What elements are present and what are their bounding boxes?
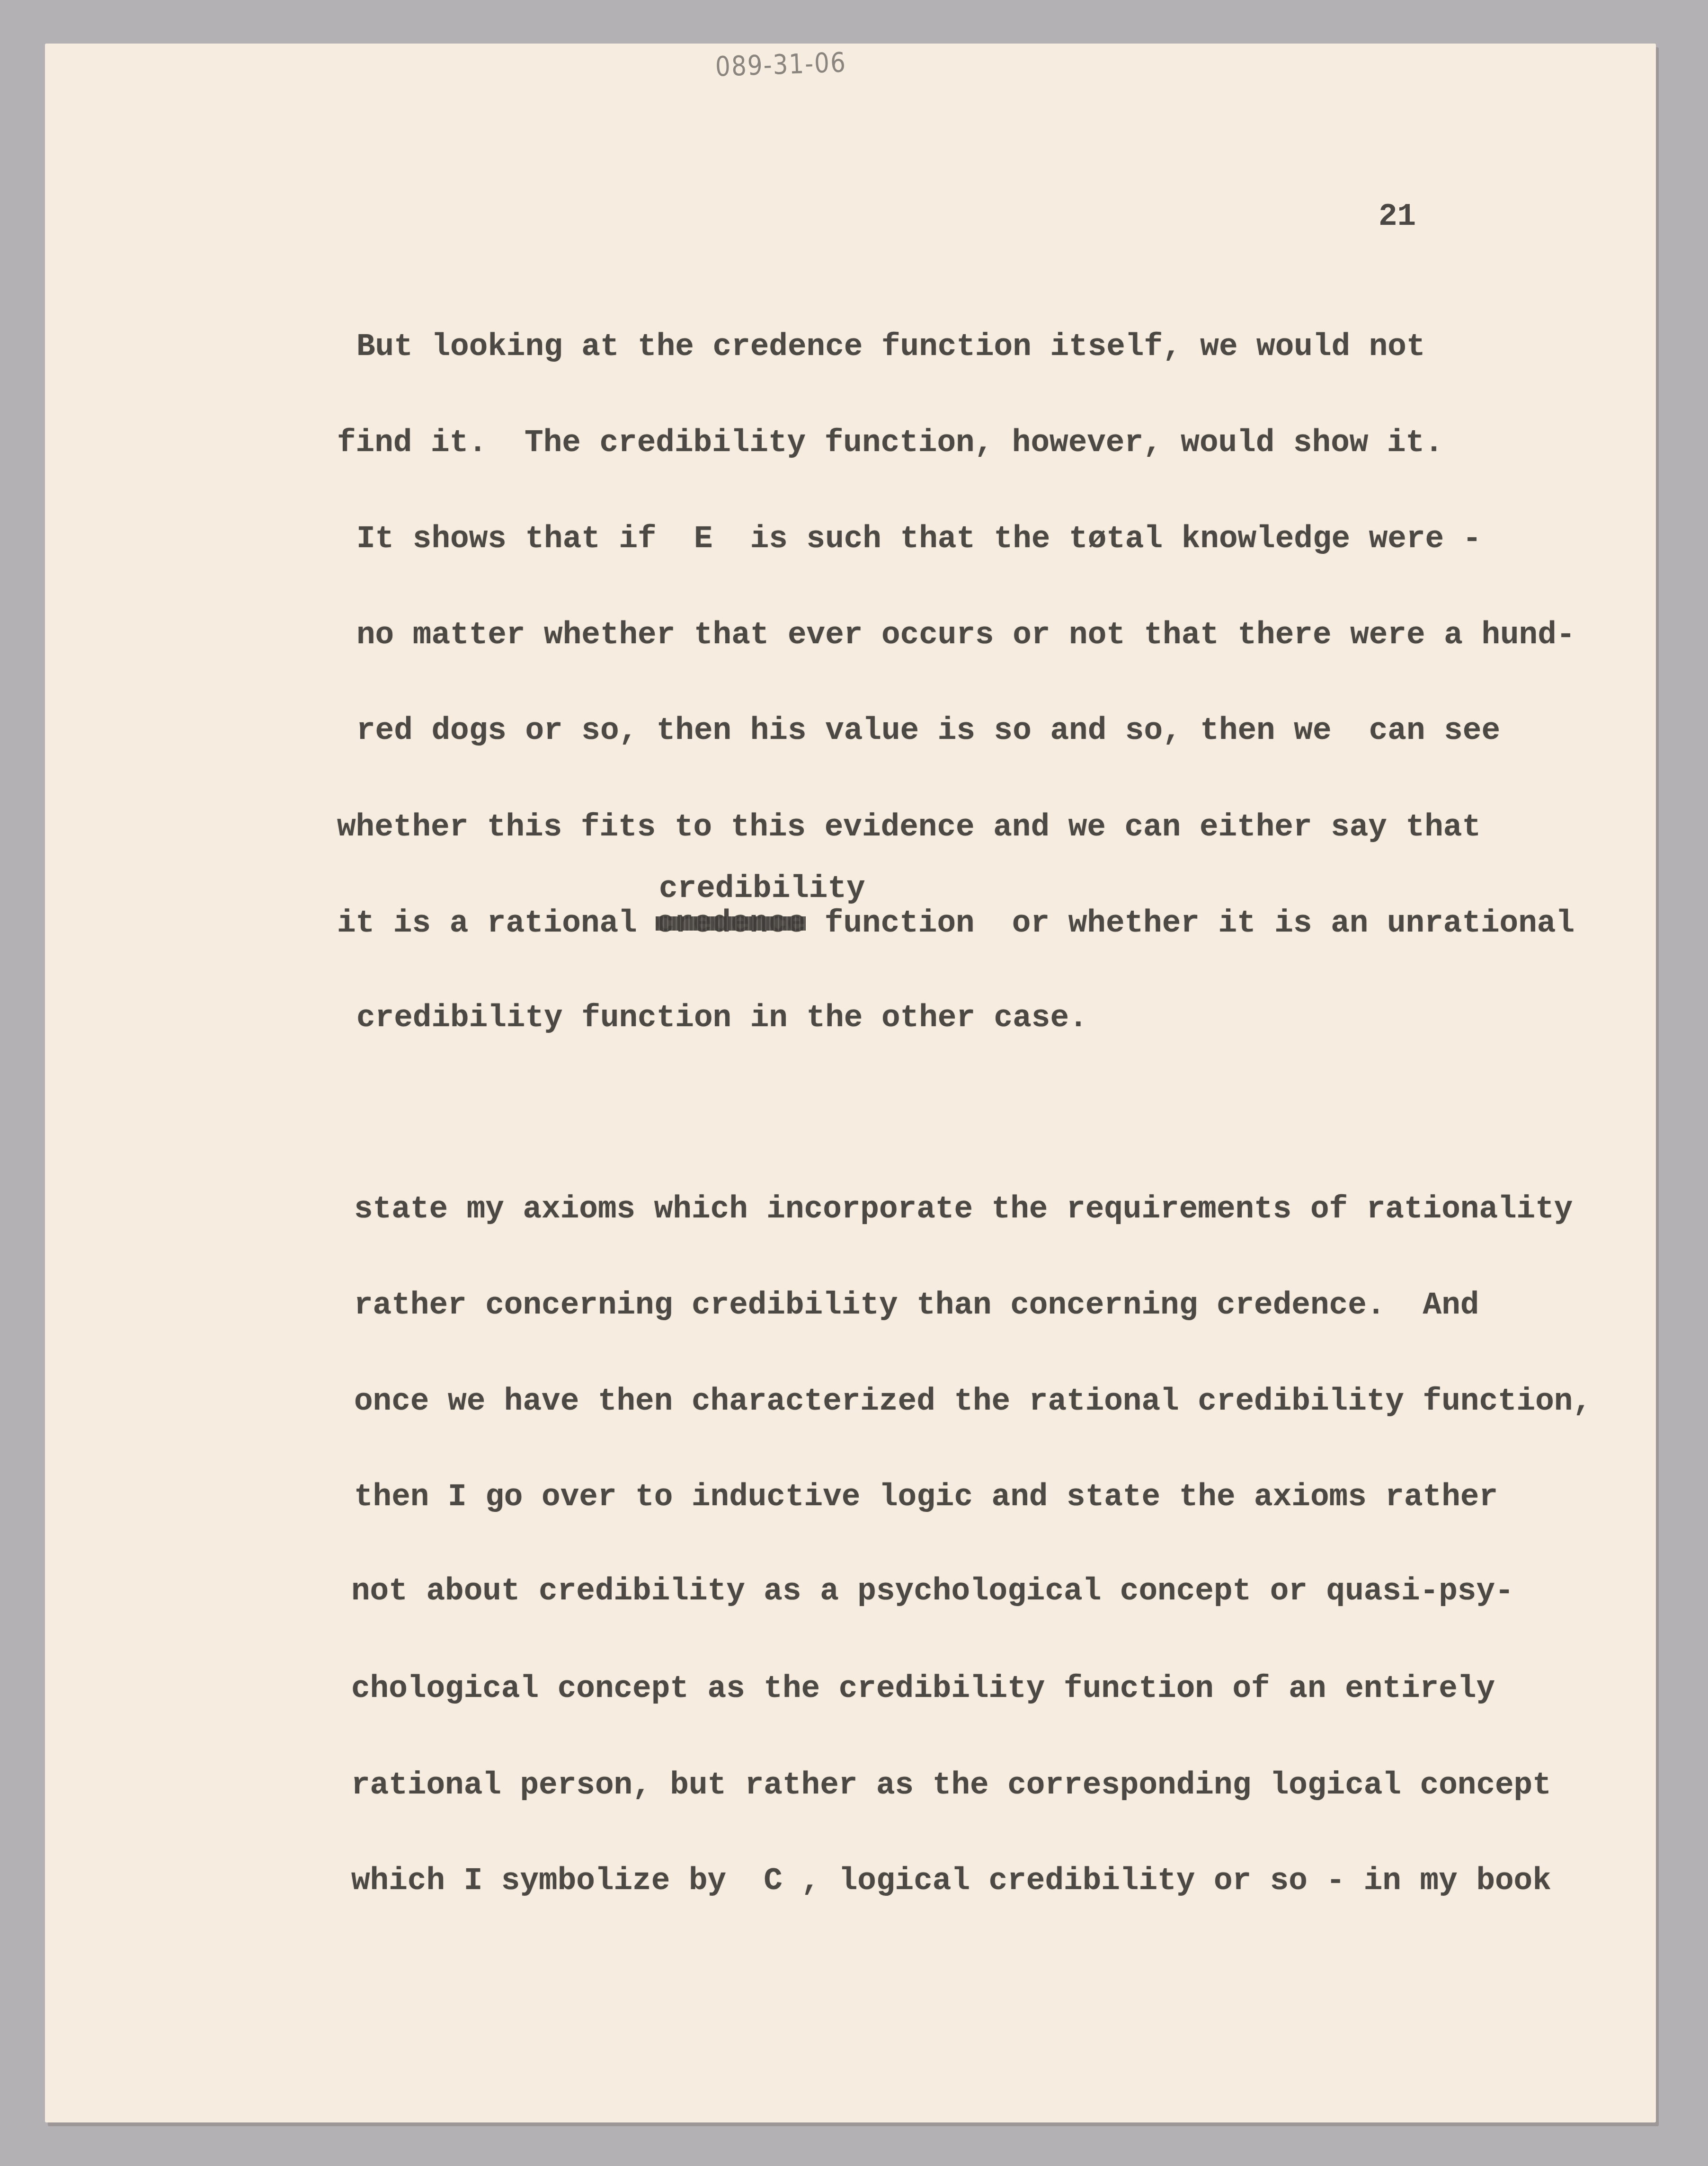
text-line: once we have then characterized the rati…	[354, 1386, 1592, 1417]
text-line: credibility function in the other case.	[356, 1003, 1088, 1034]
text-line: chological concept as the credibility fu…	[351, 1673, 1495, 1704]
interlinear-correction: credibility	[659, 873, 865, 905]
text-line: whether this fits to this evidence and w…	[337, 812, 1481, 843]
page-number: 21	[1379, 199, 1416, 234]
archive-id-pencil-note: 089-31-06	[715, 46, 847, 82]
text-line: It shows that if E is such that the tøta…	[356, 524, 1481, 555]
text-line: not about credibility as a psychological…	[351, 1576, 1514, 1607]
text-line: which I symbolize by C , logical credibi…	[351, 1865, 1551, 1897]
struck-out-word: credence	[656, 908, 806, 939]
line-before-strike: it is a rational	[337, 905, 656, 941]
text-line: rather concerning credibility than conce…	[354, 1290, 1479, 1321]
text-line: find it. The credibility function, howev…	[337, 427, 1443, 459]
text-line: red dogs or so, then his value is so and…	[356, 715, 1500, 746]
text-line: state my axioms which incorporate the re…	[354, 1194, 1573, 1225]
text-line: But looking at the credence function its…	[356, 331, 1425, 363]
text-line: rational person, but rather as the corre…	[351, 1770, 1551, 1801]
text-line: no matter whether that ever occurs or no…	[356, 620, 1575, 651]
text-line-with-strikeout: it is a rational credence function or wh…	[337, 908, 1575, 939]
text-line: then I go over to inductive logic and st…	[354, 1482, 1498, 1513]
line-after-strike: function or whether it is an unrational	[806, 905, 1575, 941]
